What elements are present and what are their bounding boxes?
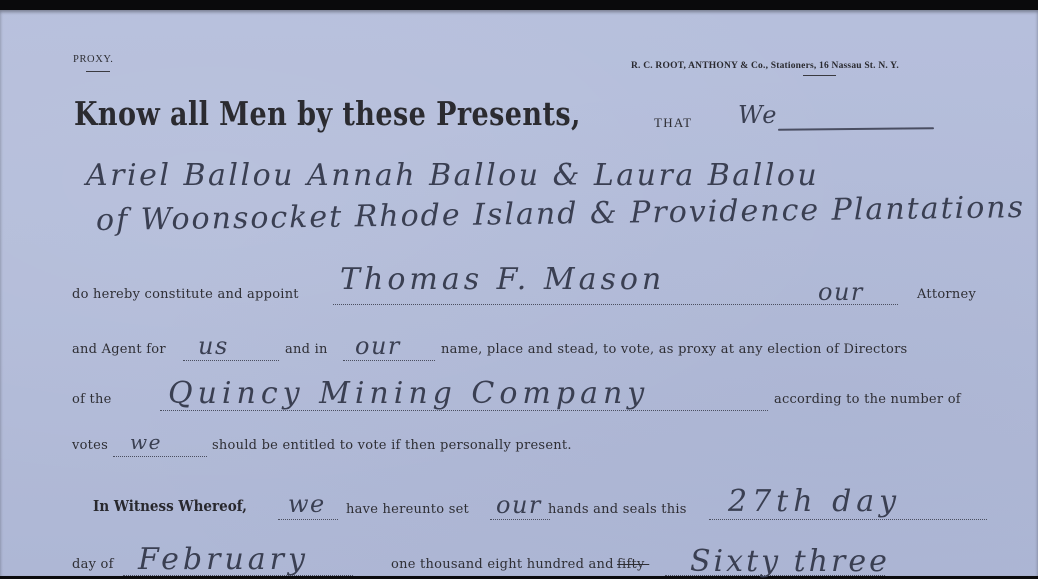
grantors-handwritten: Ariel Ballou Annah Ballou & Laura Ballou <box>86 158 819 193</box>
attorney-name-blank <box>333 304 898 305</box>
witness-pronoun-handwritten: we <box>288 490 326 518</box>
in-name-handwritten: our <box>355 332 401 360</box>
in-name-blank <box>343 360 435 361</box>
day-handwritten: 27th day <box>728 484 901 519</box>
witness-heading: In Witness Whereof, <box>93 497 247 515</box>
votes-text-1: votes <box>72 438 108 453</box>
proxy-document: PROXY. R. C. ROOT, ANTHONY & Co., Statio… <box>0 10 1038 576</box>
heading-that: THAT <box>654 115 692 131</box>
month-handwritten: February <box>138 542 309 576</box>
ink-flourish <box>778 127 934 130</box>
of-the-text: of the <box>72 392 112 407</box>
witness-pronoun-blank <box>278 519 338 520</box>
struck-word: fifty- <box>617 557 649 572</box>
year-handwritten: Sixty three <box>690 544 890 576</box>
appoint-text: do hereby constitute and appoint <box>72 287 299 302</box>
day-blank <box>709 519 987 520</box>
agent-text-1: and Agent for <box>72 342 166 357</box>
label-rule <box>86 71 110 72</box>
grantor-pronoun-handwritten: We <box>738 101 778 129</box>
thousand-text: one thousand eight hundred and <box>391 557 614 572</box>
attorney-name-handwritten: Thomas F. Mason <box>340 262 665 297</box>
according-text: according to the number of <box>774 392 961 407</box>
agent-for-blank <box>183 360 279 361</box>
hands-pronoun-blank <box>490 519 550 520</box>
attorney-pronoun-handwritten: our <box>818 278 864 306</box>
printer-rule <box>803 75 836 76</box>
company-handwritten: Quincy Mining Company <box>168 376 649 411</box>
votes-text-2: should be entitled to vote if then perso… <box>212 438 572 453</box>
agent-for-handwritten: us <box>198 332 229 360</box>
witness-text-2: hands and seals this <box>548 502 687 517</box>
document-type-label: PROXY. <box>73 54 113 65</box>
hands-pronoun-handwritten: our <box>496 491 542 519</box>
agent-text-3: name, place and stead, to vote, as proxy… <box>441 342 907 357</box>
attorney-label: Attorney <box>917 287 976 302</box>
printer-imprint: R. C. ROOT, ANTHONY & Co., Stationers, 1… <box>631 61 899 71</box>
residence-handwritten: of Woonsocket Rhode Island & Providence … <box>96 190 1025 238</box>
agent-text-2: and in <box>285 342 328 357</box>
day-of-text: day of <box>72 557 114 572</box>
votes-blank <box>113 456 207 457</box>
document-heading: Know all Men by these Presents, <box>74 94 581 133</box>
witness-text-1: have hereunto set <box>346 502 469 517</box>
votes-pronoun-handwritten: we <box>130 430 162 454</box>
